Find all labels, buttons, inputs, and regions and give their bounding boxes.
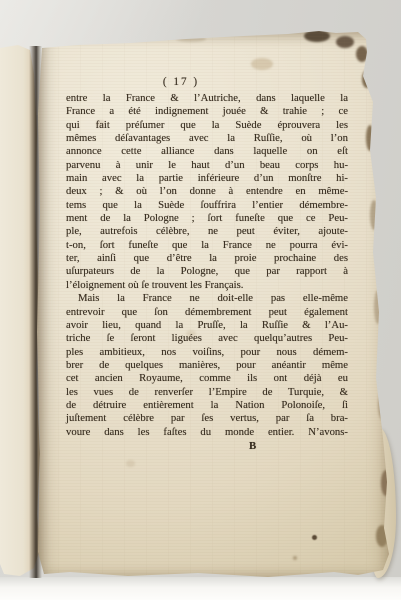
text-line: deux ; & où l’on donne à entendre en mêm…	[66, 185, 348, 198]
foxing-spot	[293, 556, 297, 560]
text-line: France a été indignement jouée & trahie …	[66, 105, 348, 118]
text-line: t-on, ſort funeſte que la France ne pour…	[66, 239, 348, 252]
text-line: annonce cette alliance dans laquelle on …	[66, 145, 348, 158]
edge-browning	[374, 290, 382, 324]
text-line: avoir lieu, quand la Pruſſe, la Ruſſie &…	[66, 319, 348, 332]
edge-browning	[378, 390, 387, 420]
edge-browning	[336, 36, 354, 48]
text-line: tems que la Suède ſouffrira l’entier dém…	[66, 199, 348, 212]
text-line: entrevoir que ſon démembrement peut égal…	[66, 306, 348, 319]
text-line: brer de quelques manières, pour anéantir…	[66, 359, 348, 372]
edge-browning	[304, 30, 330, 42]
text-line: parvenu à unir le haut d’un beau corps h…	[66, 159, 348, 172]
foxing-spot	[126, 460, 135, 467]
text-line: mêmes déſavantages avec la Ruſſie, où l’…	[66, 132, 348, 145]
edge-browning	[370, 200, 378, 230]
text-line: de détruire entièrement la Nation Polono…	[66, 399, 348, 412]
text-line: uſurpateurs de la Pologne, que par rappo…	[66, 265, 348, 278]
text-line: Mais la France ne doit-elle pas elle-mêm…	[66, 292, 348, 305]
page-number: ( 17 )	[40, 74, 322, 90]
text-line: juſtement célèbre par ſes vertus, par ſa…	[66, 412, 348, 425]
page-text: entre la France & l’Autriche, dans laque…	[66, 92, 348, 439]
text-line: ment de la Pologne ; ſort funeſte que ce…	[66, 212, 348, 225]
text-line: qui fait préſumer que la Suède éprouvera…	[66, 119, 348, 132]
edge-browning	[362, 70, 372, 88]
text-line: entre la France & l’Autriche, dans laque…	[66, 92, 348, 105]
text-line: ter, ainſi que d’être la proie prochaine…	[66, 252, 348, 265]
text-line: cet ancien Royaume, comme ils ont déjà e…	[66, 372, 348, 385]
signature-mark: B	[249, 440, 348, 453]
book-photo: ( 17 ) entre la France & l’Autriche, dan…	[0, 0, 401, 600]
foxing-spot	[312, 535, 317, 540]
text-line: main avec la partie inférieure d’un monſ…	[66, 172, 348, 185]
text-line: voure dans les faſtes du monde entier. N…	[66, 426, 348, 439]
table-surface	[0, 577, 401, 600]
text-line: l’éloignement où ſe trouvent les Françai…	[66, 279, 348, 292]
text-line: ple, autrefois célèbre, ne peut éviter, …	[66, 225, 348, 238]
foxing-spot	[251, 58, 273, 70]
text-line: ples ambitieux, nos voiſins, pour nous d…	[66, 346, 348, 359]
printed-text-block: ( 17 ) entre la France & l’Autriche, dan…	[66, 74, 348, 453]
book-page: ( 17 ) entre la France & l’Autriche, dan…	[36, 30, 392, 582]
text-line: triche ſe ſeront liguées avec quelqu’aut…	[66, 332, 348, 345]
edge-browning	[356, 46, 368, 62]
edge-browning	[366, 125, 374, 151]
text-line: les vues de renverſer l’Empire de Turqui…	[66, 386, 348, 399]
